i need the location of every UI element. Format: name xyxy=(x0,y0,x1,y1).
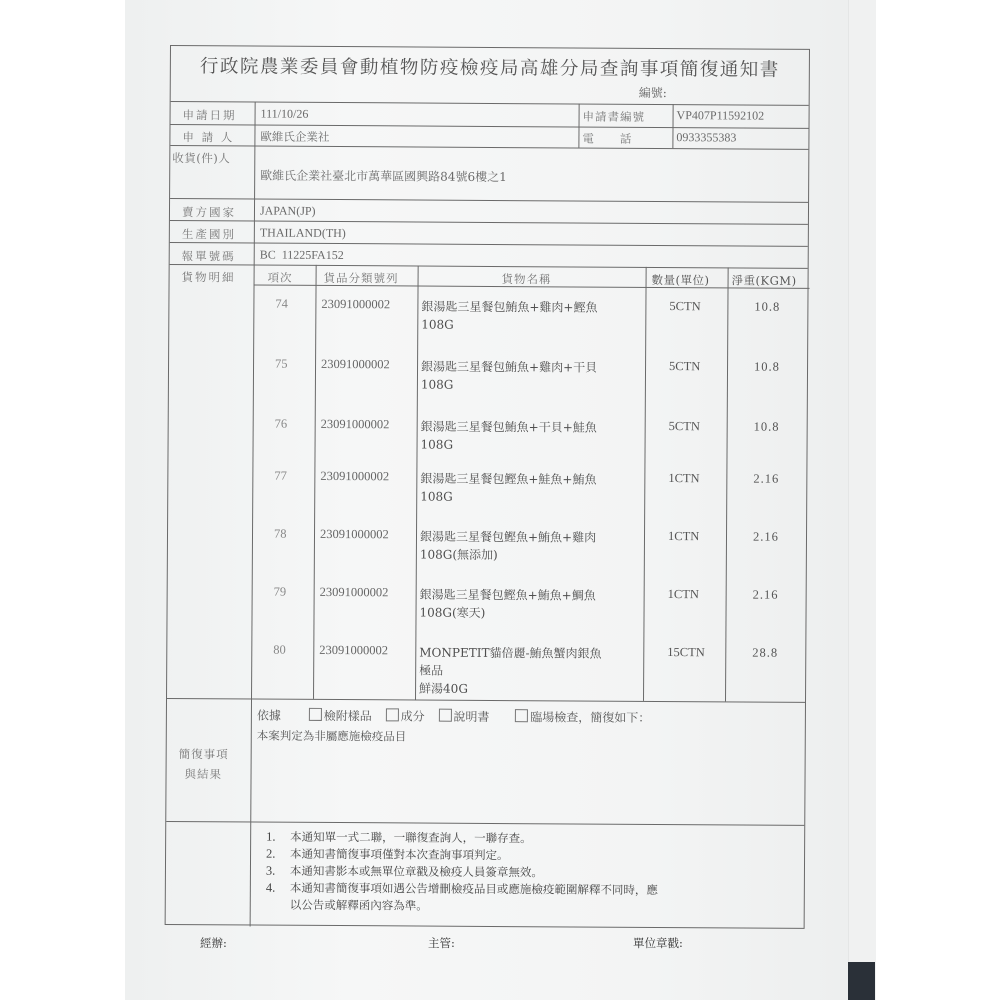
reply-label-line2: 與結果 xyxy=(184,766,222,782)
goods-name: 銀湯匙三星餐包鮪魚+干貝+鮭魚 108G xyxy=(421,418,597,455)
seller-country-label: 賣方國家 xyxy=(182,204,236,220)
unit-stamp-label: 單位章戳: xyxy=(633,935,683,951)
phone-value: 0933355383 xyxy=(676,130,736,145)
net-weight: 2.16 xyxy=(753,588,779,603)
item-number: 77 xyxy=(274,469,287,484)
net-weight: 10.8 xyxy=(754,420,780,435)
origin-country-label: 生產國別 xyxy=(182,226,236,242)
checkbox-icon[interactable] xyxy=(515,709,528,722)
supervisor-signature-label: 主管: xyxy=(428,935,455,951)
note-text: 本通知書簡復事項如遇公告增刪檢疫品目或應施檢疫範圍解釋不同時，應 xyxy=(290,881,658,897)
goods-name: MONPETIT貓倍麗-鮪魚蟹肉銀魚 極品 鮮湯40G xyxy=(419,644,602,699)
checkbox-manual[interactable]: 說明書 xyxy=(438,710,489,724)
hs-code: 23091000002 xyxy=(320,585,389,600)
goods-name: 銀湯匙三星餐包鮪魚+雞肉+鰹魚 108G xyxy=(421,298,597,335)
goods-name: 銀湯匙三星餐包鮪魚+雞肉+干貝 108G xyxy=(421,358,597,395)
hs-code: 23091000002 xyxy=(321,297,390,312)
background-surface xyxy=(848,962,875,1000)
checkbox-icon[interactable] xyxy=(309,708,322,721)
goods-name: 銀湯匙三星餐包鰹魚+鮭魚+鮪魚 108G xyxy=(420,470,596,507)
applicant-value: 歐維氏企業社 xyxy=(260,129,329,145)
origin-country-value: THAILAND(TH) xyxy=(260,226,346,242)
seller-country-value: JAPAN(JP) xyxy=(260,204,316,219)
col-hs-code: 貨品分類號列 xyxy=(324,270,399,286)
note-text-continued: 以公告或解釋函內容為準。 xyxy=(266,897,658,916)
notification-form: 行政院農業委員會動植物防疫檢疫局高雄分局查詢事項簡復通知書 編號: 申請日期 1… xyxy=(165,45,810,929)
net-weight: 10.8 xyxy=(754,360,780,375)
hs-code: 23091000002 xyxy=(320,469,389,484)
net-weight: 2.16 xyxy=(753,530,779,545)
basis-line: 依據 檢附樣品 成分 說明書 臨場檢查，簡復如下： xyxy=(257,707,660,726)
hs-code: 23091000002 xyxy=(319,643,388,658)
apply-date-value: 111/10/26 xyxy=(261,107,309,122)
item-number: 75 xyxy=(275,357,288,372)
item-number: 74 xyxy=(275,297,288,312)
form-number-label: 申請書編號 xyxy=(583,109,646,125)
item-number: 76 xyxy=(275,417,288,432)
applicant-label: 申 請 人 xyxy=(182,129,234,145)
col-item: 項次 xyxy=(268,270,293,286)
paper-edge xyxy=(848,0,876,1000)
consignee-label: 收貨(件)人 xyxy=(172,150,230,166)
checkbox-sample[interactable]: 檢附樣品 xyxy=(309,709,372,723)
phone-label: 電 話 xyxy=(582,131,632,147)
item-number: 78 xyxy=(274,527,287,542)
note-number: 3. xyxy=(266,863,290,880)
quantity: 1CTN xyxy=(668,587,699,602)
hs-code: 23091000002 xyxy=(321,357,390,372)
declaration-number-value: BC 11225FA152 xyxy=(260,248,344,264)
hs-code: 23091000002 xyxy=(321,417,390,432)
checkbox-icon[interactable] xyxy=(386,708,399,721)
item-number: 80 xyxy=(273,643,286,658)
checkbox-icon[interactable] xyxy=(438,709,451,722)
net-weight: 10.8 xyxy=(754,300,780,315)
form-number-value: VP407P11592102 xyxy=(677,108,765,124)
quantity: 5CTN xyxy=(669,299,700,314)
quantity: 5CTN xyxy=(669,419,700,434)
notes-list: 1.本通知單一式二聯，一聯復查詢人，一聯存查。2.本通知書簡復事項僅對本次查詢事… xyxy=(266,829,659,916)
note-text: 本通知書簡復事項僅對本次查詢事項判定。 xyxy=(290,847,509,862)
net-weight: 28.8 xyxy=(752,646,778,661)
quantity: 1CTN xyxy=(668,529,699,544)
handler-signature-label: 經辦: xyxy=(200,935,227,951)
note-text: 本通知書影本或無單位章戳及檢疫人員簽章無效。 xyxy=(290,864,543,880)
declaration-number-label: 報單號碼 xyxy=(182,248,236,264)
note-text: 本通知單一式二聯，一聯復查詢人，一聯存查。 xyxy=(290,830,532,845)
result-text: 本案判定為非屬應施檢疫品目 xyxy=(257,728,407,745)
item-number: 79 xyxy=(274,585,287,600)
quantity: 1CTN xyxy=(668,471,699,486)
basis-label: 依據 xyxy=(257,709,281,723)
note-number: 4. xyxy=(266,880,290,897)
goods-name: 銀湯匙三星餐包鰹魚+鮪魚+鯛魚 108G(寒天) xyxy=(419,586,595,623)
quantity: 5CTN xyxy=(669,359,700,374)
apply-date-label: 申請日期 xyxy=(183,107,237,123)
checkbox-ingredients[interactable]: 成分 xyxy=(386,709,425,723)
serial-number-label: 編號: xyxy=(639,84,667,101)
document-title: 行政院農業委員會動植物防疫檢疫局高雄分局查詢事項簡復通知書 xyxy=(171,52,809,82)
col-quantity: 數量(單位) xyxy=(652,272,710,288)
quantity: 15CTN xyxy=(667,645,705,660)
hs-code: 23091000002 xyxy=(320,527,389,542)
consignee-value: 歐維氏企業社臺北市萬華區國興路84號6樓之1 xyxy=(260,167,507,186)
col-net-weight: 淨重(KGM) xyxy=(732,272,797,288)
col-goods-name: 貨物名稱 xyxy=(502,271,552,287)
goods-name: 銀湯匙三星餐包鰹魚+鮪魚+雞肉 108G(無添加) xyxy=(420,528,596,565)
goods-detail-label: 貨物明細 xyxy=(182,269,236,285)
note-number: 2. xyxy=(266,846,290,863)
note-number: 1. xyxy=(266,829,290,846)
checkbox-onsite-inspection[interactable]: 臨場檢查，簡復如下： xyxy=(515,710,650,725)
reply-label-line1: 簡復事項 xyxy=(179,746,229,762)
net-weight: 2.16 xyxy=(753,472,779,487)
